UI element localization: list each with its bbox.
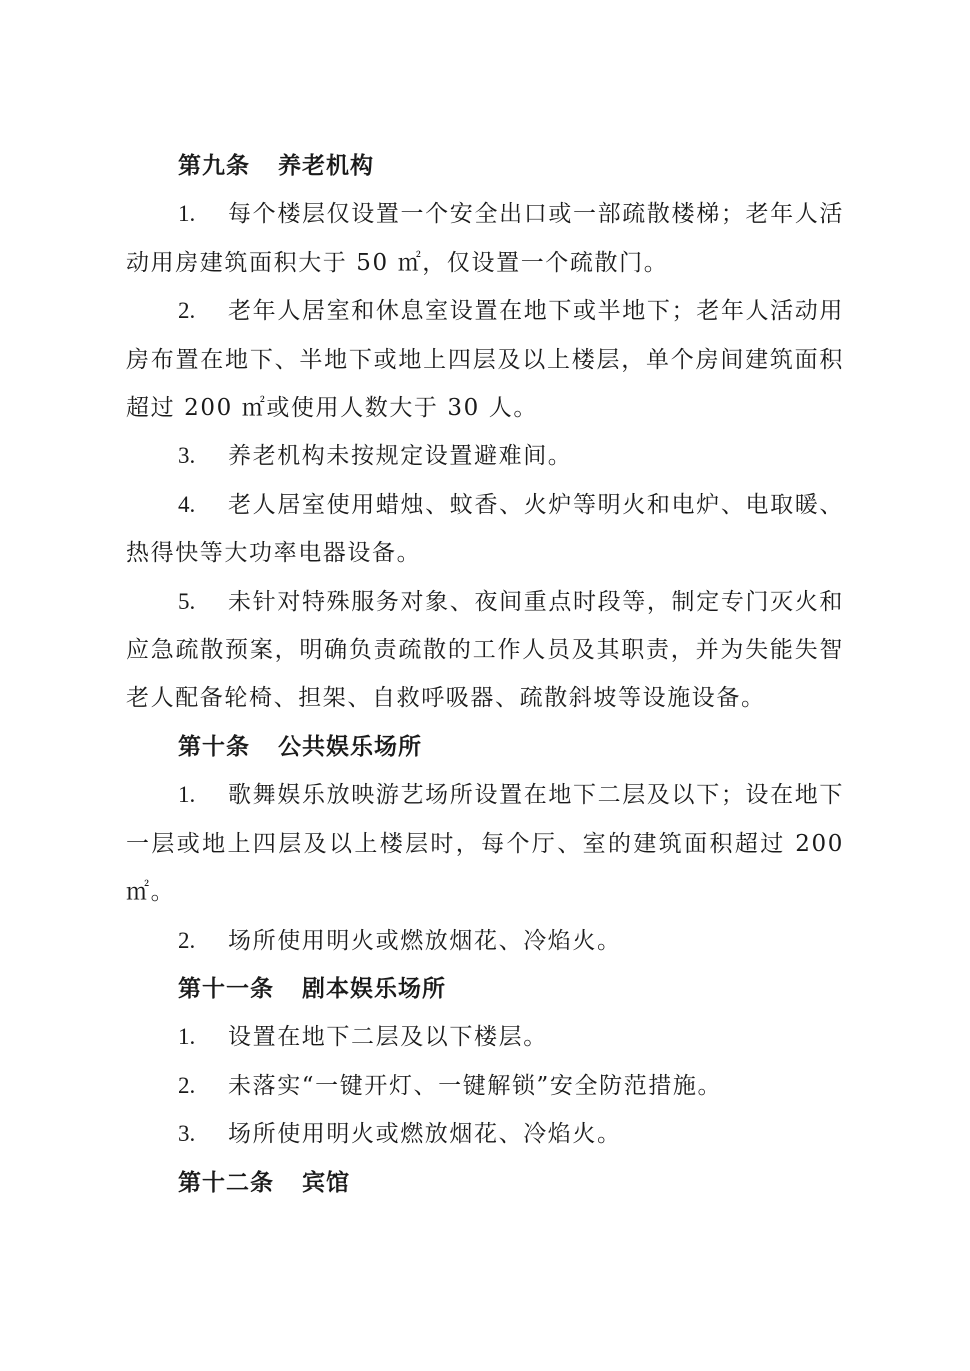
item-number: 3. [178,1110,228,1158]
item-number: 1. [178,771,228,819]
list-item: 2.未落实“一键开灯、一键解锁”安全防范措施。 [126,1062,844,1110]
article-heading: 第十条公共娱乐场所 [126,723,844,771]
item-text: 未落实“一键开灯、一键解锁”安全防范措施。 [228,1073,722,1099]
item-number: 5. [178,578,228,626]
list-item: 5.未针对特殊服务对象、夜间重点时段等，制定专门灭火和应急疏散预案，明确负责疏散… [126,578,844,723]
list-item: 2.老年人居室和休息室设置在地下或半地下；老年人活动用房布置在地下、半地下或地上… [126,287,844,432]
item-text: 设置在地下二层及以下楼层。 [228,1024,548,1050]
item-text: 每个楼层仅设置一个安全出口或一部疏散楼梯；老年人活动用房建筑面积大于 50 ㎡，… [126,201,844,275]
article-title: 公共娱乐场所 [278,733,422,760]
article-title: 养老机构 [278,152,374,179]
list-item: 4.老人居室使用蜡烛、蚊香、火炉等明火和电炉、电取暖、热得快等大功率电器设备。 [126,481,844,578]
article-number: 第十条 [178,733,250,760]
article-heading: 第十二条宾馆 [126,1159,844,1207]
article-number: 第十一条 [178,975,274,1002]
list-item: 2.场所使用明火或燃放烟花、冷焰火。 [126,917,844,965]
list-item: 1.每个楼层仅设置一个安全出口或一部疏散楼梯；老年人活动用房建筑面积大于 50 … [126,190,844,287]
article-heading: 第九条养老机构 [126,142,844,190]
item-number: 4. [178,481,228,529]
list-item: 3.养老机构未按规定设置避难间。 [126,432,844,480]
article-number: 第九条 [178,152,250,179]
article-heading: 第十一条剧本娱乐场所 [126,965,844,1013]
article-title: 宾馆 [302,1169,350,1196]
item-number: 2. [178,287,228,335]
list-item: 1.歌舞娱乐放映游艺场所设置在地下二层及以下；设在地下一层或地上四层及以上楼层时… [126,771,844,916]
list-item: 1.设置在地下二层及以下楼层。 [126,1013,844,1061]
article-title: 剧本娱乐场所 [302,975,446,1002]
item-text: 歌舞娱乐放映游艺场所设置在地下二层及以下；设在地下一层或地上四层及以上楼层时，每… [126,782,844,905]
item-text: 场所使用明火或燃放烟花、冷焰火。 [228,928,622,954]
item-number: 2. [178,917,228,965]
item-number: 2. [178,1062,228,1110]
item-text: 未针对特殊服务对象、夜间重点时段等，制定专门灭火和应急疏散预案，明确负责疏散的工… [126,589,844,712]
item-text: 场所使用明火或燃放烟花、冷焰火。 [228,1121,622,1147]
item-text: 老人居室使用蜡烛、蚊香、火炉等明火和电炉、电取暖、热得快等大功率电器设备。 [126,492,844,566]
item-number: 3. [178,432,228,480]
list-item: 3.场所使用明火或燃放烟花、冷焰火。 [126,1110,844,1158]
item-number: 1. [178,190,228,238]
article-number: 第十二条 [178,1169,274,1196]
document-page: 第九条养老机构 1.每个楼层仅设置一个安全出口或一部疏散楼梯；老年人活动用房建筑… [126,142,844,1207]
item-number: 1. [178,1013,228,1061]
item-text: 老年人居室和休息室设置在地下或半地下；老年人活动用房布置在地下、半地下或地上四层… [126,298,844,421]
item-text: 养老机构未按规定设置避难间。 [228,443,572,469]
